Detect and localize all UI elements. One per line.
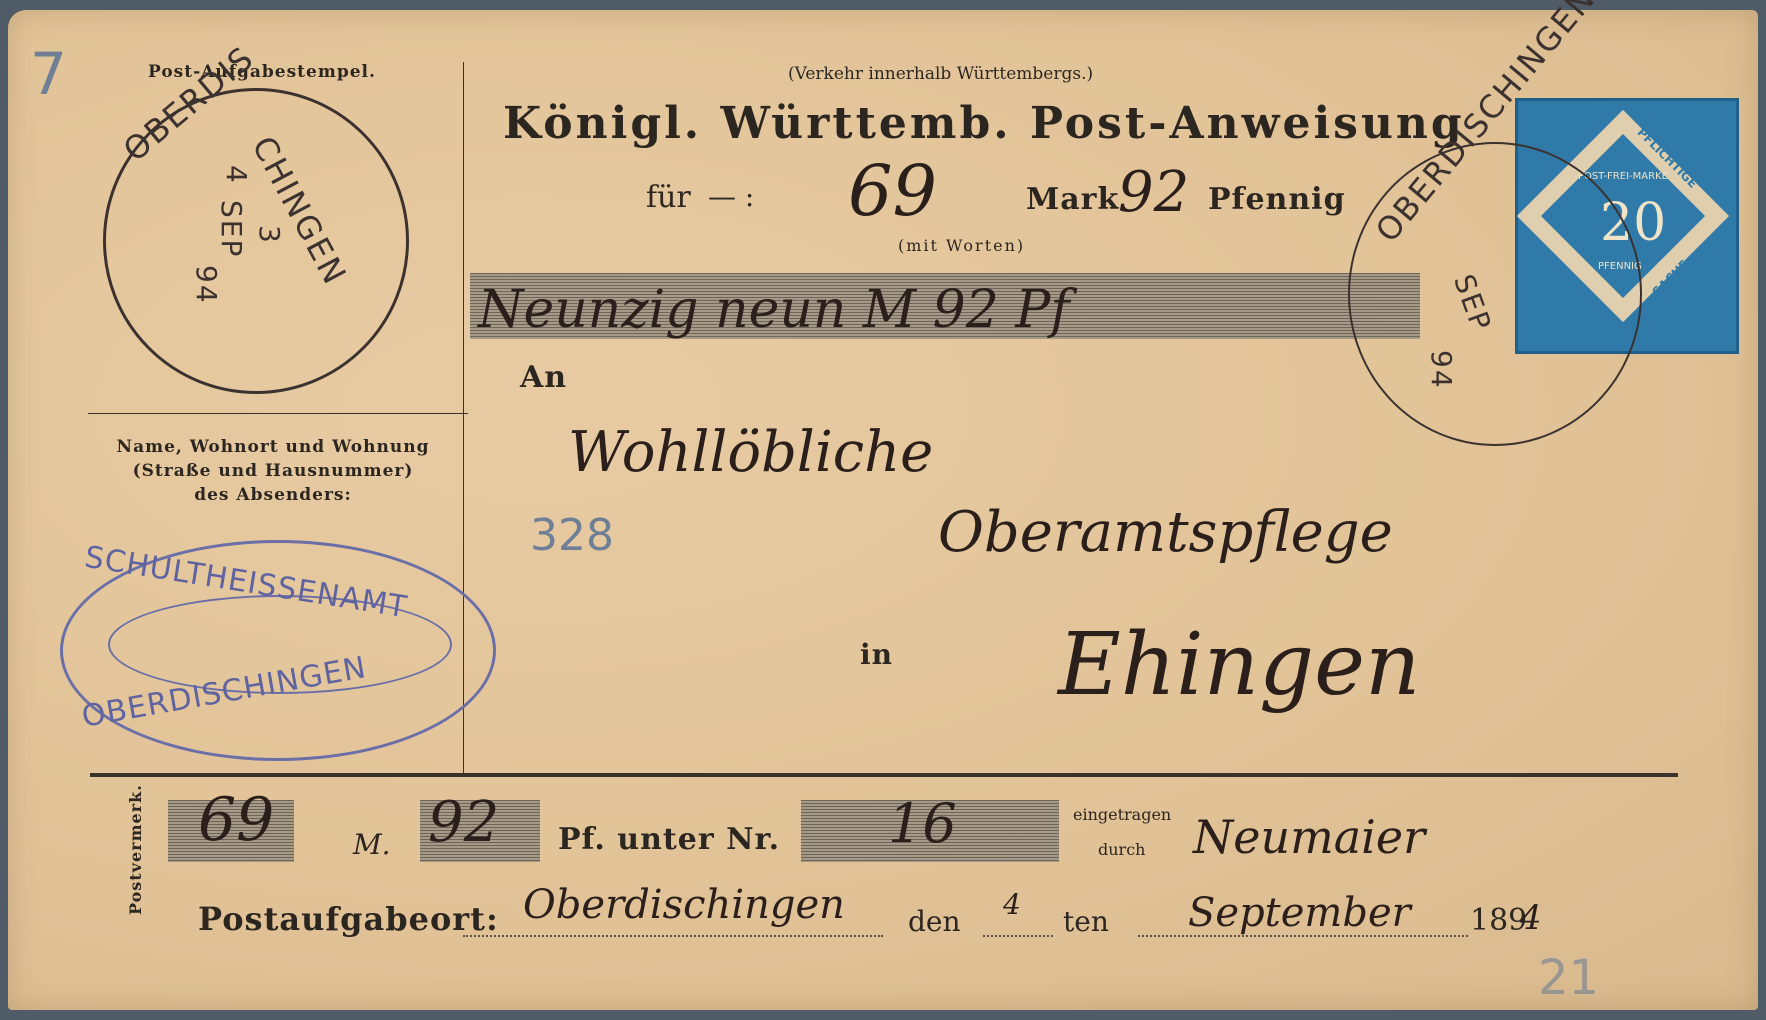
day-line bbox=[983, 935, 1053, 937]
address-line1: Wohllöbliche bbox=[568, 420, 933, 485]
sender-label-line1: Name, Wohnort und Wohnung bbox=[78, 435, 468, 459]
postaufgabeort-label: Postaufgabeort: bbox=[198, 900, 499, 938]
pencil-mark-bottom-right: 21 bbox=[1538, 950, 1599, 1006]
pencil-mark-middle: 328 bbox=[530, 510, 614, 561]
fuer-label: für bbox=[646, 180, 691, 215]
eingetragen-label: eingetragen bbox=[1073, 805, 1171, 824]
pfennig-amount: 92 bbox=[1118, 160, 1189, 225]
footer-divider bbox=[90, 773, 1678, 777]
postmark-left-day: 4 bbox=[220, 165, 253, 185]
footer-pf-label: Pf. unter Nr. bbox=[558, 822, 780, 857]
sender-label-line3: des Absenders: bbox=[78, 483, 468, 507]
durch-label: durch bbox=[1098, 840, 1145, 859]
footer-pf-value: 92 bbox=[428, 790, 499, 855]
postmark-right bbox=[1348, 142, 1642, 446]
postmark-left-year: 94 bbox=[190, 265, 223, 305]
den-label: den bbox=[908, 905, 961, 938]
footer-nr-value: 16 bbox=[888, 792, 957, 855]
durch-signature: Neumaier bbox=[1193, 810, 1425, 864]
postmark-left-month: SEP bbox=[215, 200, 248, 258]
address-city: Ehingen bbox=[1058, 615, 1420, 715]
amount-in-words: Neunzig neun M 92 Pf bbox=[478, 280, 1070, 340]
money-order-card: 7 Post-Aufgabestempel. OBERDIS CHINGEN 4… bbox=[8, 10, 1758, 1010]
day-value: 4 bbox=[1003, 888, 1021, 921]
postaufgabeort-line bbox=[463, 935, 883, 937]
left-divider bbox=[88, 413, 468, 414]
header-subtitle: (Verkehr innerhalb Württembergs.) bbox=[788, 64, 1093, 84]
fuer-dash: — : bbox=[708, 180, 754, 213]
mit-worten: (mit Worten) bbox=[898, 236, 1025, 255]
ten-label: ten bbox=[1063, 905, 1109, 938]
pencil-mark-top-left: 7 bbox=[30, 40, 67, 108]
an-label: An bbox=[520, 360, 567, 395]
stamp-label: Post-Aufgabestempel. bbox=[148, 62, 376, 82]
address-line2: Oberamtspflege bbox=[938, 500, 1393, 565]
header-title: Königl. Württemb. Post-Anweisung bbox=[503, 98, 1465, 149]
postmark-right-year: 94 bbox=[1425, 350, 1458, 390]
postaufgabeort-value: Oberdischingen bbox=[523, 882, 845, 928]
in-label: in bbox=[860, 638, 893, 671]
year-suffix: 4 bbox=[1520, 898, 1542, 938]
postmark-left-hour: 3 bbox=[253, 225, 286, 245]
footer-side-label: Postvermerk. bbox=[126, 784, 145, 915]
footer-mark-label: M. bbox=[353, 828, 391, 861]
sender-label-line2: (Straße und Hausnummer) bbox=[78, 459, 468, 483]
sender-label: Name, Wohnort und Wohnung (Straße und Ha… bbox=[78, 435, 468, 507]
month-value: September bbox=[1188, 890, 1411, 936]
footer-mark-value: 69 bbox=[198, 785, 274, 855]
mark-label: Mark bbox=[1026, 182, 1119, 217]
year-prefix: 189 bbox=[1470, 903, 1527, 938]
mark-amount: 69 bbox=[848, 150, 937, 232]
pfennig-label: Pfennig bbox=[1208, 182, 1346, 217]
